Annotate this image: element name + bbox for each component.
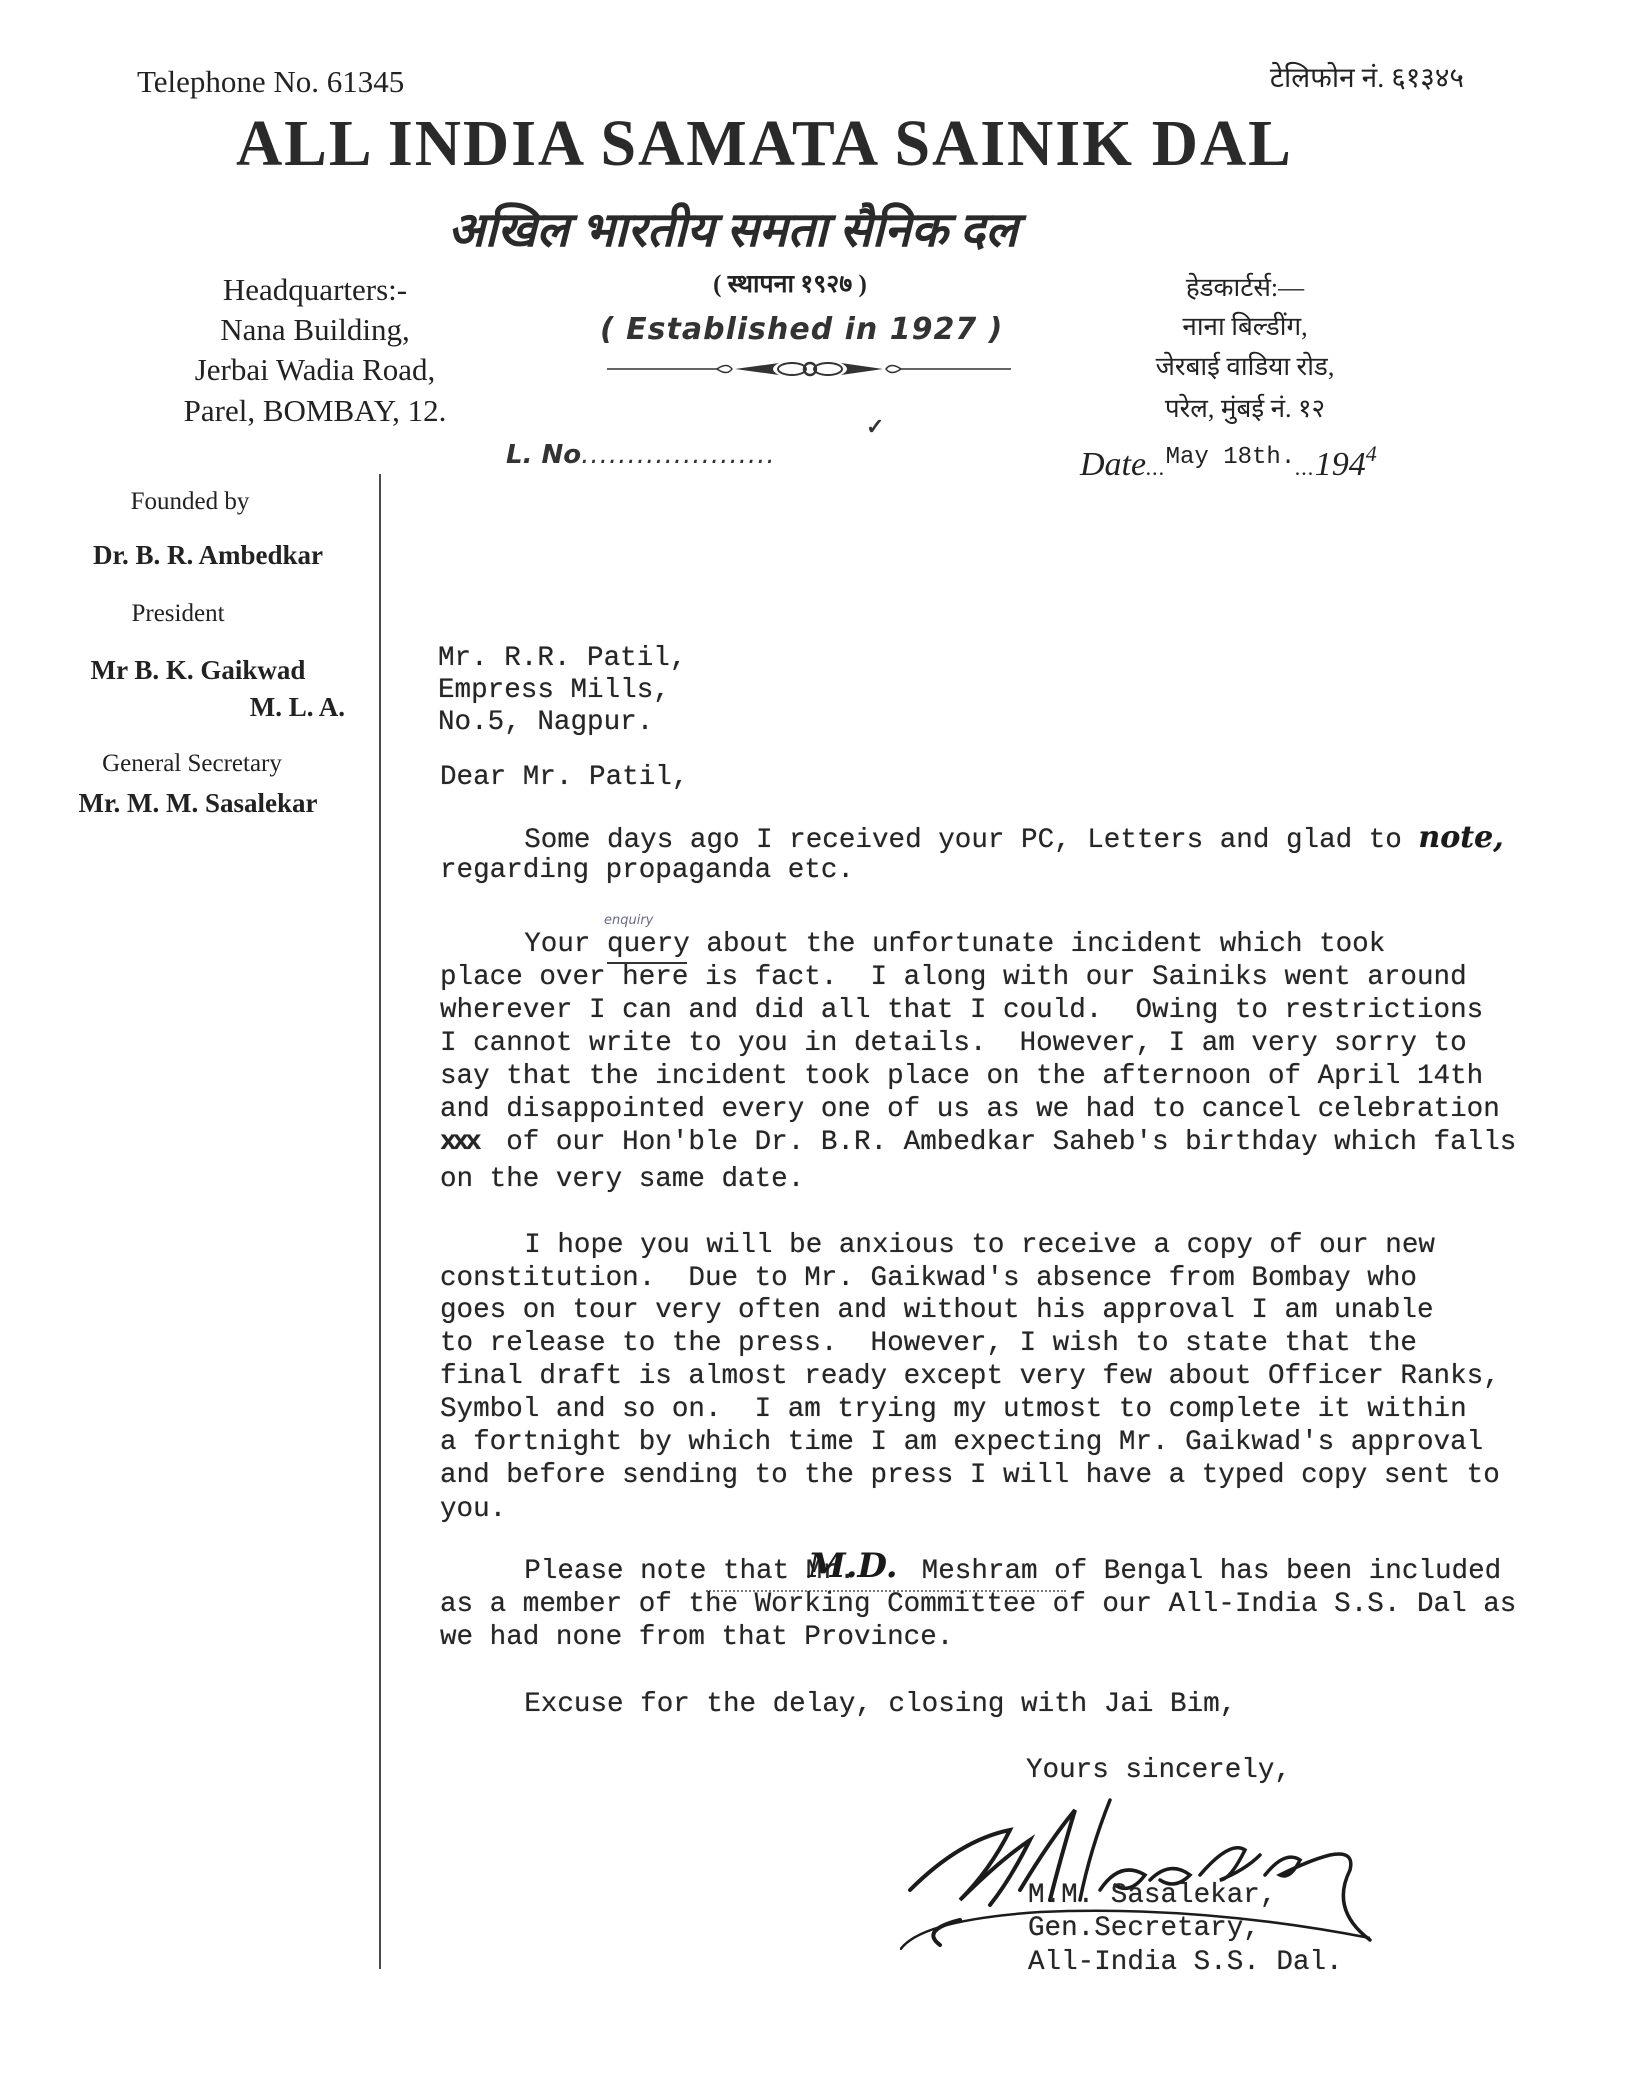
date-field: Date...May 18th....1944 xyxy=(1080,446,1377,484)
address-line: Jerbai Wadia Road, xyxy=(150,352,480,388)
body-line: I hope you will be anxious to receive a … xyxy=(458,1230,1435,1261)
body-line: constitution. Due to Mr. Gaikwad's absen… xyxy=(440,1263,1417,1294)
body-line: I cannot write to you in details. Howeve… xyxy=(440,1028,1467,1059)
address-line-hindi: नाना बिल्डींग, xyxy=(1080,307,1410,343)
organization-title: ALL INDIA SAMATA SAINIK DAL xyxy=(236,106,1293,182)
date-year: 194 xyxy=(1315,446,1366,483)
body-line: place over here is fact. I along with ou… xyxy=(440,962,1467,993)
founded-by-label: Founded by xyxy=(40,488,340,516)
address-line: Parel, BOMBAY, 12. xyxy=(150,393,480,429)
headquarters-label: Headquarters:- xyxy=(150,272,480,308)
strikeover-mark: xxx xyxy=(440,1127,478,1158)
letter-number-blank: ..................... xyxy=(581,440,776,470)
body-line: say that the incident took place on the … xyxy=(440,1061,1483,1092)
margin-note: enquiry xyxy=(604,913,653,928)
letter-number-label: L. No xyxy=(506,440,581,470)
president-name: Mr B. K. Gaikwad xyxy=(48,655,348,686)
address-line: Nana Building, xyxy=(150,312,480,348)
general-secretary-label: General Secretary xyxy=(42,750,342,778)
date-label: Date xyxy=(1080,446,1146,483)
check-mark-icon: ✓ xyxy=(866,414,884,440)
recipient-address-line: Empress Mills, xyxy=(438,675,670,706)
date-year-handwritten: 4 xyxy=(1366,441,1377,466)
organization-title-hindi: अखिल भारतीय समता सैनिक दल xyxy=(448,196,1018,261)
body-line: we had none from that Province. xyxy=(440,1622,953,1653)
president-label: President xyxy=(28,600,328,628)
body-line: Symbol and so on. I am trying my utmost … xyxy=(440,1394,1467,1425)
president-title: M. L. A. xyxy=(175,692,345,723)
body-line: Excuse for the delay, closing with Jai B… xyxy=(458,1689,1236,1720)
body-line: regarding propaganda etc. xyxy=(440,855,854,886)
signatory-name: M.M. Sasalekar, xyxy=(1028,1880,1276,1911)
handwritten-insert: note, xyxy=(1418,820,1503,855)
letter-number-field: L. No..................... xyxy=(506,440,776,470)
telephone-number-en: Telephone No. 61345 xyxy=(137,64,404,100)
salutation: Dear Mr. Patil, xyxy=(440,762,688,793)
signatory-organization: All-India S.S. Dal. xyxy=(1028,1947,1343,1978)
sidebar-divider xyxy=(379,474,381,1969)
body-line: you. xyxy=(440,1494,506,1525)
recipient-name: Mr. R.R. Patil, xyxy=(438,643,686,674)
address-line-hindi: परेल, मुंबई नं. १२ xyxy=(1080,389,1410,425)
address-line-hindi: जेरबाई वाडिया रोड, xyxy=(1080,347,1410,383)
ornamental-divider-icon xyxy=(607,358,1011,380)
handwritten-insert: M.D. xyxy=(808,1546,898,1586)
body-line: xxx of our Hon'ble Dr. B.R. Ambedkar Sah… xyxy=(440,1127,1516,1158)
telephone-number-hi: टेलिफोन नं. ६१३४५ xyxy=(1270,58,1464,96)
body-line: Your query about the unfortunate inciden… xyxy=(458,929,1385,960)
body-line: Some days ago I received your PC, Letter… xyxy=(458,820,1504,856)
founder-name: Dr. B. R. Ambedkar xyxy=(58,540,358,571)
established-year: ( Established in 1927 ) xyxy=(600,312,1000,347)
body-line: a fortnight by which time I am expecting… xyxy=(440,1427,1483,1458)
general-secretary-name: Mr. M. M. Sasalekar xyxy=(48,788,348,819)
body-line: to release to the press. However, I wish… xyxy=(440,1328,1417,1359)
body-line: wherever I can and did all that I could.… xyxy=(440,995,1483,1026)
body-line: goes on tour very often and without his … xyxy=(440,1295,1434,1326)
body-line: and disappointed every one of us as we h… xyxy=(440,1094,1500,1125)
body-line: as a member of the Working Committee of … xyxy=(440,1589,1516,1620)
recipient-address-line: No.5, Nagpur. xyxy=(438,707,653,738)
established-hindi: ( स्थापना १९२७ ) xyxy=(640,266,940,300)
body-line: final draft is almost ready except very … xyxy=(440,1361,1500,1392)
body-line: and before sending to the press I will h… xyxy=(440,1460,1500,1491)
date-value: May 18th. xyxy=(1166,444,1296,471)
body-line: Please note that Mr. Meshram of Bengal h… xyxy=(458,1556,1501,1587)
body-line: on the very same date. xyxy=(440,1164,804,1195)
headquarters-label-hindi: हेडकार्टर्स:— xyxy=(1080,268,1410,304)
signatory-title: Gen.Secretary, xyxy=(1028,1913,1260,1944)
